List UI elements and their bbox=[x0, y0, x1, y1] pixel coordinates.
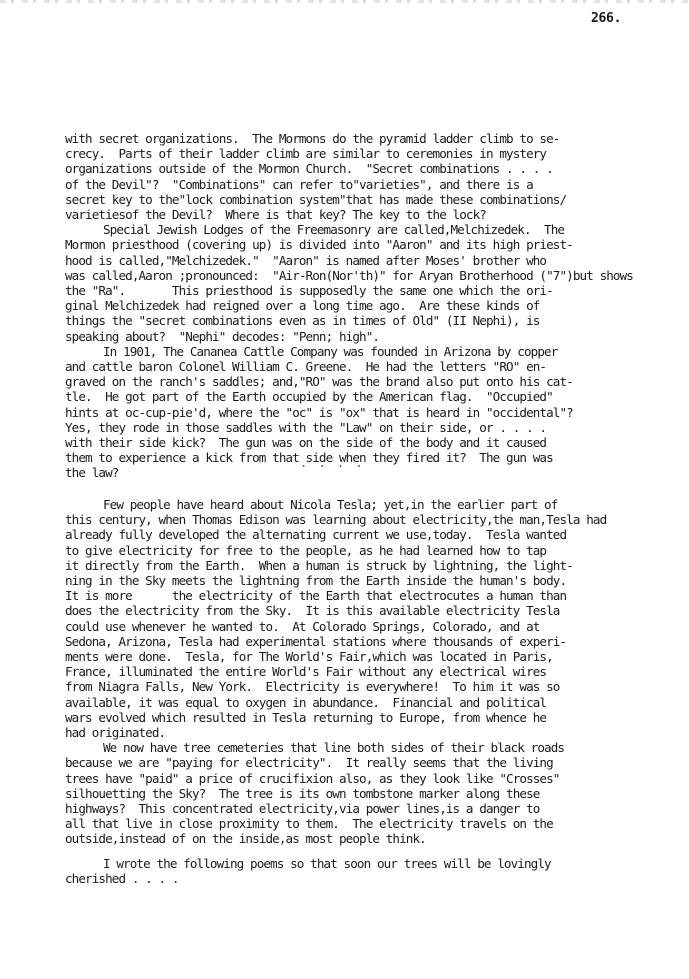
text-line: things the "secret combinations even as … bbox=[65, 313, 539, 328]
text-line: Few people have heard about Nicola Tesla… bbox=[103, 497, 557, 512]
text-line: hints at oc-cup-pie'd, where the "oc" is… bbox=[65, 405, 573, 420]
text-line: speaking about? "Nephi" decodes: "Penn; … bbox=[65, 329, 379, 344]
document-page: 266. with secret organizations. The Morm… bbox=[0, 0, 689, 979]
text-line: of the Devil"? "Combinations" can refer … bbox=[65, 177, 533, 192]
text-line: and cattle baron Colonel William C. Gree… bbox=[65, 359, 546, 374]
text-line: ning in the Sky meets the lightning from… bbox=[65, 573, 566, 588]
scan-noise-strip bbox=[0, 0, 689, 3]
text-line: Mormon priesthood (covering up) is divid… bbox=[65, 237, 573, 252]
text-line: silhouetting the Sky? The tree is its ow… bbox=[65, 786, 539, 801]
text-line: It is more the electricity of the Earth … bbox=[65, 588, 566, 603]
text-line: had originated. bbox=[65, 725, 165, 740]
text-line: all that live in close proximity to them… bbox=[65, 816, 553, 831]
text-line: available, it was equal to oxygen in abu… bbox=[65, 695, 546, 710]
text-line: France, illuminated the entire World's F… bbox=[65, 664, 546, 679]
text-line: varietiesof the Devil? Where is that key… bbox=[65, 207, 486, 222]
text-line: Special Jewish Lodges of the Freemasonry… bbox=[103, 222, 564, 237]
text-line: ments were done. Tesla, for The World's … bbox=[65, 649, 553, 664]
text-line: hood is called,"Melchizedek." "Aaron" is… bbox=[65, 253, 546, 268]
text-line: secret key to the"lock combination syste… bbox=[65, 192, 566, 207]
text-line: Yes, they rode in those saddles with the… bbox=[65, 420, 546, 435]
page-number: 266. bbox=[591, 11, 621, 26]
text-line: graved on the ranch's saddles; and,"RO" … bbox=[65, 374, 573, 389]
text-line: tle. He got part of the Earth occupied b… bbox=[65, 389, 553, 404]
section-separator: . . . . bbox=[300, 456, 365, 470]
text-line: already fully developed the alternating … bbox=[65, 527, 566, 542]
text-line: crecy. Parts of their ladder climb are s… bbox=[65, 146, 546, 161]
text-line: cherished . . . . bbox=[65, 871, 179, 886]
text-line: the law? bbox=[65, 465, 118, 480]
text-line: organizations outside of the Mormon Chur… bbox=[65, 161, 553, 176]
text-line: it directly from the Earth. When a human… bbox=[65, 558, 573, 573]
text-line: wars evolved which resulted in Tesla ret… bbox=[65, 710, 546, 725]
text-line: because we are "paying for electricity".… bbox=[65, 755, 553, 770]
text-line: highways? This concentrated electricity,… bbox=[65, 801, 539, 816]
text-line: with their side kick? The gun was on the… bbox=[65, 435, 546, 450]
text-line: could use whenever he wanted to. At Colo… bbox=[65, 619, 539, 634]
text-line: ginal Melchizedek had reigned over a lon… bbox=[65, 298, 539, 313]
text-line: outside,instead of on the inside,as most… bbox=[65, 831, 426, 846]
text-line: I wrote the following poems so that soon… bbox=[103, 856, 551, 871]
text-line: the "Ra". This priesthood is supposedly … bbox=[65, 283, 553, 298]
text-line: from Niagra Falls, New York. Electricity… bbox=[65, 679, 559, 694]
text-line: Sedona, Arizona, Tesla had experimental … bbox=[65, 634, 566, 649]
text-line: this century, when Thomas Edison was lea… bbox=[65, 512, 606, 527]
text-line: was called,Aaron ;pronounced: "Air-Ron(N… bbox=[65, 268, 633, 283]
text-line: trees have "paid" a price of crucifixion… bbox=[65, 771, 559, 786]
text-line: with secret organizations. The Mormons d… bbox=[65, 131, 559, 146]
text-line: to give electricity for free to the peop… bbox=[65, 543, 546, 558]
text-line: We now have tree cemeteries that line bo… bbox=[103, 740, 564, 755]
text-line: In 1901, The Cananea Cattle Company was … bbox=[103, 344, 557, 359]
text-line: does the electricity from the Sky. It is… bbox=[65, 603, 559, 618]
